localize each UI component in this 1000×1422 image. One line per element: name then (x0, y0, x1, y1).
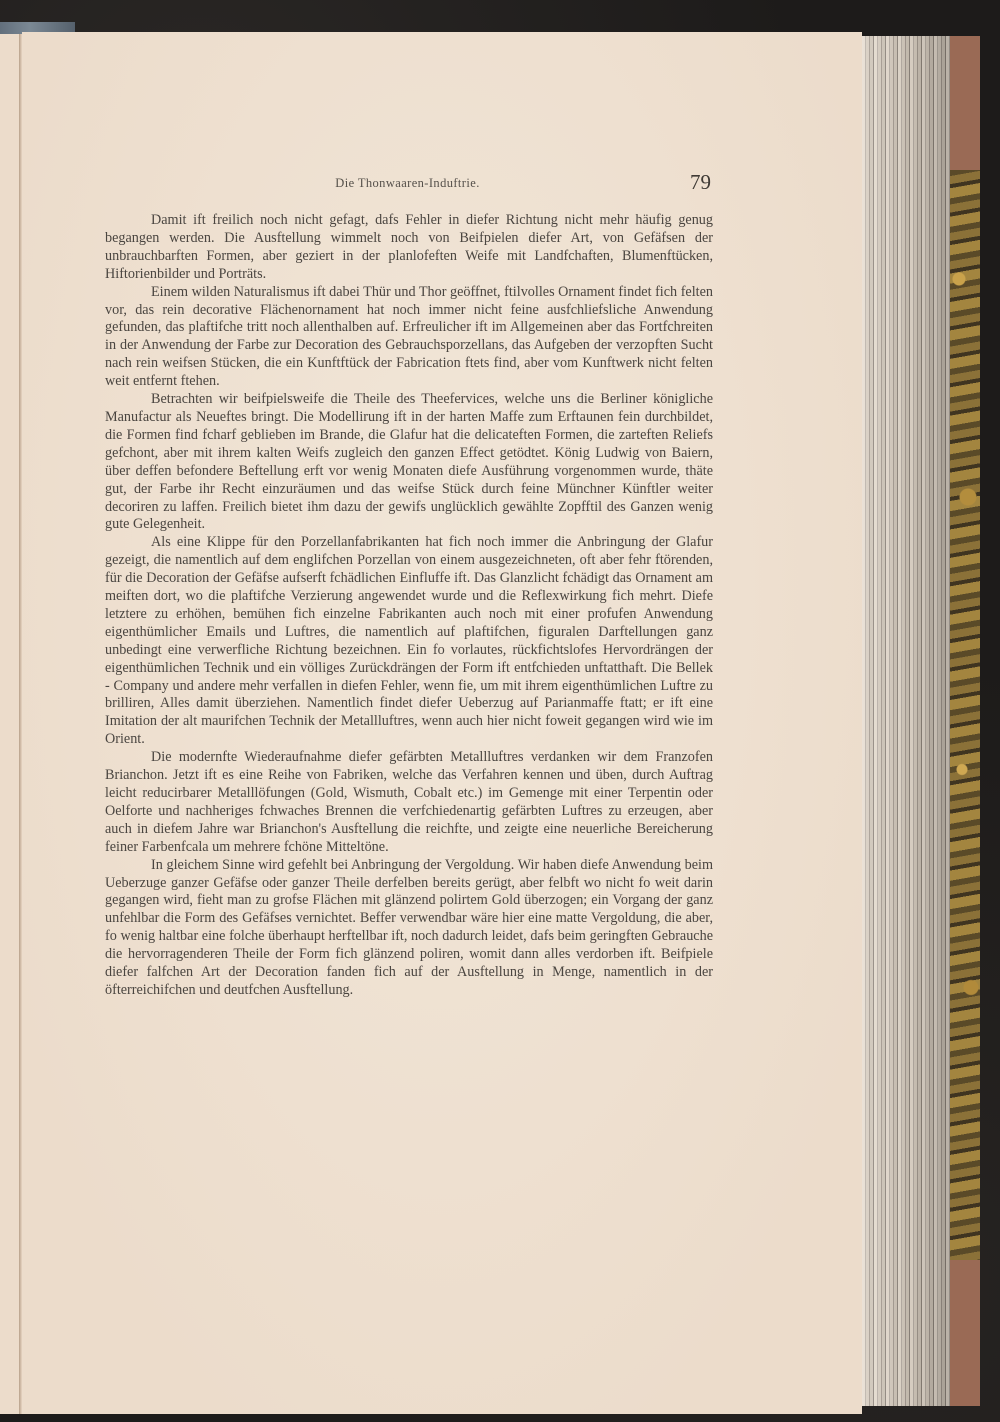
paragraph: In gleichem Sinne wird gefehlt bei Anbri… (105, 857, 713, 1000)
paragraph: Einem wilden Naturalismus ift dabei Thür… (105, 284, 713, 391)
paragraph: Betrachten wir beifpielsweife die Theile… (105, 391, 713, 534)
marbled-cover-edge (950, 170, 980, 1260)
body-text: Damit ift freilich noch nicht gefagt, da… (105, 212, 713, 1000)
paragraph: Die modernfte Wiederaufnahme diefer gefä… (105, 749, 713, 856)
paragraph: Damit ift freilich noch nicht gefagt, da… (105, 212, 713, 284)
page-number: 79 (690, 170, 711, 195)
page-edges-shading (862, 36, 950, 1406)
page-header: Die Thonwaaren-Induftrie. 79 (100, 170, 715, 196)
paragraph: Als eine Klippe für den Porzellanfabrika… (105, 534, 713, 749)
running-head: Die Thonwaaren-Induftrie. (100, 176, 715, 191)
